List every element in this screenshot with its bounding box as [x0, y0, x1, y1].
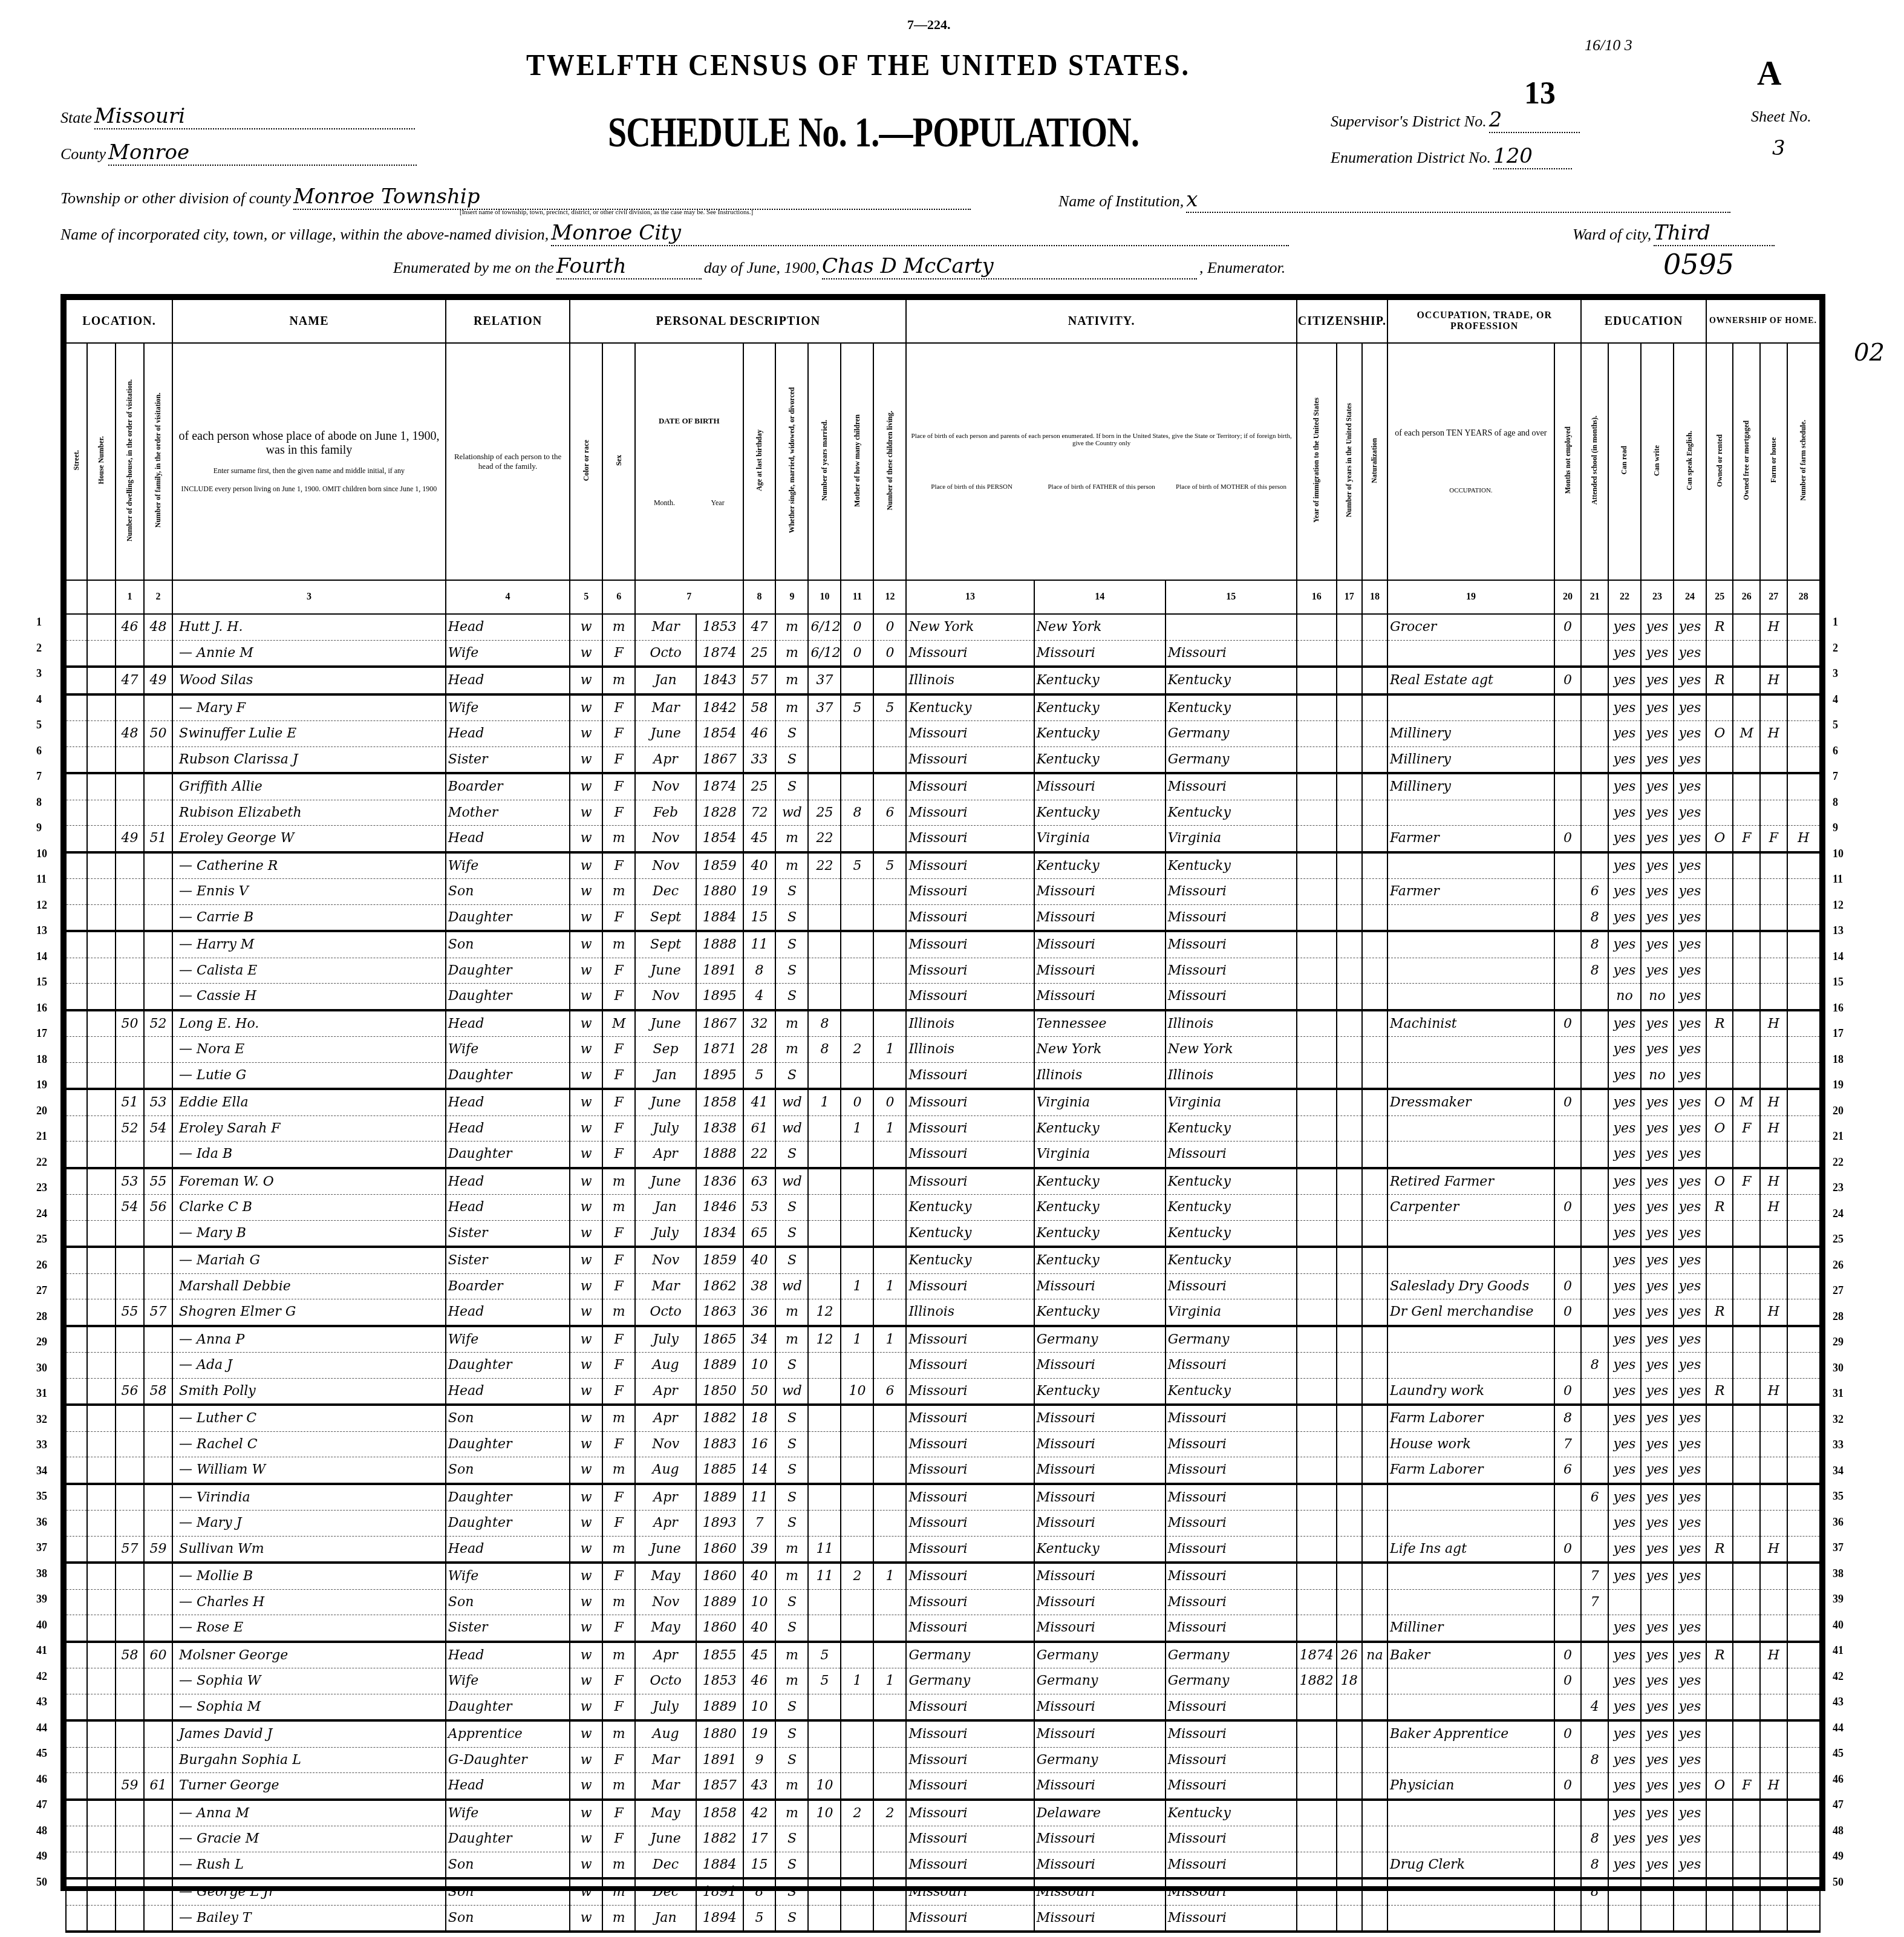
cell-dw — [116, 1563, 144, 1589]
cell-rel: Sister — [446, 746, 570, 773]
cell-yus — [1337, 984, 1362, 1010]
table-row: 5961Turner GeorgeHeadwmMar185743m10Misso… — [66, 1773, 1820, 1800]
cell-color: w — [570, 1010, 602, 1037]
cell-fam — [144, 746, 172, 773]
cell-house — [87, 694, 116, 721]
cell-sex: F — [602, 1220, 635, 1247]
cell-month: Sept — [635, 904, 696, 931]
cell-house — [87, 1642, 116, 1668]
cell-read: yes — [1608, 1563, 1641, 1589]
cell-read: yes — [1608, 800, 1641, 826]
cell-ch: 5 — [841, 852, 873, 879]
cell-name: Marshall Debbie — [172, 1273, 446, 1299]
cell-imm — [1297, 1431, 1337, 1457]
cell-fam — [144, 984, 172, 1010]
cell-liv — [873, 1905, 906, 1932]
cell-ch — [841, 1615, 873, 1642]
cell-mu — [1554, 1247, 1582, 1273]
line-number-left: 48 — [36, 1824, 47, 1837]
cell-eng: yes — [1674, 1010, 1706, 1037]
cell-sch: 8 — [1581, 1878, 1608, 1905]
cell-name: — Mary F — [172, 694, 446, 721]
cell-street — [66, 694, 87, 721]
cell-own — [1706, 1852, 1733, 1878]
cell-imm — [1297, 1905, 1337, 1932]
cell-mar: m — [775, 640, 808, 667]
cell-house — [87, 1220, 116, 1247]
cell-mar: S — [775, 1694, 808, 1720]
table-row: 5557Shogren Elmer GHeadwmOcto186336m12Il… — [66, 1299, 1820, 1326]
cell-mpob: Missouri — [1166, 1773, 1297, 1800]
cell-dw — [116, 1852, 144, 1878]
cell-year: 1857 — [696, 1773, 743, 1800]
cell-mpob: Kentucky — [1166, 1800, 1297, 1826]
cell-pob: Missouri — [906, 1405, 1034, 1431]
cell-mar: S — [775, 1878, 808, 1905]
cell-nat — [1362, 694, 1387, 721]
line-number-right: 16 — [1833, 1002, 1844, 1014]
cell-year: 1855 — [696, 1642, 743, 1668]
cell-fm — [1733, 1431, 1760, 1457]
cell-ym: 10 — [808, 1800, 841, 1826]
cell-own: R — [1706, 1536, 1733, 1563]
cell-mu: 0 — [1554, 1089, 1582, 1115]
cell-street — [66, 1484, 87, 1511]
cell-fam — [144, 773, 172, 800]
cell-read: yes — [1608, 721, 1641, 747]
cell-fpob: Missouri — [1034, 1273, 1166, 1299]
cell-fpob: Kentucky — [1034, 746, 1166, 773]
line-number-right: 11 — [1833, 873, 1843, 886]
cell-fm — [1733, 1800, 1760, 1826]
cell-year: 1891 — [696, 1747, 743, 1773]
column-number-1: 1 — [116, 580, 144, 614]
cell-occ — [1387, 1247, 1554, 1273]
cell-ch — [841, 984, 873, 1010]
cell-mar: m — [775, 1037, 808, 1063]
cell-color: w — [570, 1563, 602, 1589]
cell-fpob: Kentucky — [1034, 1115, 1166, 1142]
cell-fam — [144, 1589, 172, 1615]
cell-occ — [1387, 694, 1554, 721]
cell-mar: S — [775, 1720, 808, 1747]
cell-own: R — [1706, 614, 1733, 640]
cell-mpob: Missouri — [1166, 1878, 1297, 1905]
cell-ch — [841, 904, 873, 931]
cell-fh — [1760, 1615, 1787, 1642]
column-number-6: 6 — [602, 580, 635, 614]
cell-street — [66, 1563, 87, 1589]
cell-ym — [808, 1878, 841, 1905]
cell-yus — [1337, 1694, 1362, 1720]
cell-eng — [1674, 1589, 1706, 1615]
cell-ym — [808, 1852, 841, 1878]
cell-rel: Sister — [446, 1220, 570, 1247]
cell-street — [66, 1353, 87, 1379]
cell-fs — [1787, 1800, 1820, 1826]
cell-name: Eroley Sarah F — [172, 1115, 446, 1142]
cell-mar: S — [775, 879, 808, 905]
cell-write — [1641, 1589, 1674, 1615]
cell-street — [66, 1852, 87, 1878]
cell-read — [1608, 1905, 1641, 1932]
cell-pob: Missouri — [906, 773, 1034, 800]
cell-mu — [1554, 1615, 1582, 1642]
cell-fam: 53 — [144, 1089, 172, 1115]
cell-month: July — [635, 1220, 696, 1247]
cell-fh — [1760, 1668, 1787, 1694]
cell-fs — [1787, 931, 1820, 958]
cell-house — [87, 1905, 116, 1932]
cell-house — [87, 1115, 116, 1142]
cell-occ — [1387, 1115, 1554, 1142]
cell-mar: m — [775, 1010, 808, 1037]
cell-sex: F — [602, 1747, 635, 1773]
cell-mpob: Missouri — [1166, 1615, 1297, 1642]
col-mother-of: Mother of how many children — [841, 343, 873, 580]
cell-read: yes — [1608, 694, 1641, 721]
cell-fh — [1760, 1142, 1787, 1168]
line-number-right: 12 — [1833, 899, 1844, 912]
cell-age: 61 — [743, 1115, 776, 1142]
cell-mpob: Germany — [1166, 1326, 1297, 1353]
cell-read: yes — [1608, 1168, 1641, 1195]
column-number-18: 18 — [1362, 580, 1387, 614]
cell-month: Mar — [635, 614, 696, 640]
table-row: — Lutie GDaughterwFJan18955SMissouriIlli… — [66, 1062, 1820, 1089]
table-row: — Rush LSonwmDec188415SMissouriMissouriM… — [66, 1852, 1820, 1878]
cell-sch: 8 — [1581, 1852, 1608, 1878]
cell-year: 1853 — [696, 1668, 743, 1694]
cell-fm — [1733, 1273, 1760, 1299]
line-number-right: 4 — [1833, 693, 1838, 706]
cell-street — [66, 640, 87, 667]
cell-pob: Illinois — [906, 1037, 1034, 1063]
cell-write: yes — [1641, 1220, 1674, 1247]
cell-ym — [808, 1195, 841, 1221]
cell-imm — [1297, 1615, 1337, 1642]
cell-eng: yes — [1674, 1378, 1706, 1405]
line-number-left: 32 — [36, 1413, 47, 1426]
cell-read: yes — [1608, 1484, 1641, 1511]
cell-ch — [841, 958, 873, 984]
cell-fm — [1733, 1457, 1760, 1484]
cell-name: — Mary B — [172, 1220, 446, 1247]
township-field: Township or other division of county Mon… — [60, 185, 971, 210]
cell-age: 25 — [743, 640, 776, 667]
cell-own — [1706, 1062, 1733, 1089]
cell-pob: Missouri — [906, 1378, 1034, 1405]
cell-mu: 0 — [1554, 1010, 1582, 1037]
cell-fpob: Missouri — [1034, 1431, 1166, 1457]
cell-mu — [1554, 1800, 1582, 1826]
cell-pob: Kentucky — [906, 1195, 1034, 1221]
cell-fh — [1760, 1457, 1787, 1484]
cell-mar: wd — [775, 800, 808, 826]
cell-sex: F — [602, 1247, 635, 1273]
cell-fs — [1787, 1826, 1820, 1852]
column-number-13: 13 — [906, 580, 1034, 614]
cell-color: w — [570, 1536, 602, 1563]
line-number-left: 14 — [36, 950, 47, 963]
cell-dw: 56 — [116, 1378, 144, 1405]
cell-liv: 1 — [873, 1668, 906, 1694]
cell-dw — [116, 1326, 144, 1353]
cell-rel: Boarder — [446, 1273, 570, 1299]
cell-name: — Rose E — [172, 1615, 446, 1642]
table-row: — Gracie MDaughterwFJune188217SMissouriM… — [66, 1826, 1820, 1852]
column-number-blank — [87, 580, 116, 614]
cell-month: July — [635, 1115, 696, 1142]
cell-year: 1889 — [696, 1694, 743, 1720]
cell-street — [66, 800, 87, 826]
cell-read: yes — [1608, 1273, 1641, 1299]
table-row: — Catherine RWifewFNov185940m2255Missour… — [66, 852, 1820, 879]
line-number-left: 29 — [36, 1336, 47, 1348]
cell-ym: 12 — [808, 1299, 841, 1326]
cell-yus — [1337, 1720, 1362, 1747]
cell-yus — [1337, 1905, 1362, 1932]
cell-read: yes — [1608, 1353, 1641, 1379]
cell-mar: wd — [775, 1115, 808, 1142]
cell-name: Griffith Allie — [172, 773, 446, 800]
cell-year: 1893 — [696, 1511, 743, 1537]
cell-ym — [808, 1720, 841, 1747]
cell-nat — [1362, 1247, 1387, 1273]
cell-eng: yes — [1674, 1115, 1706, 1142]
cell-own — [1706, 852, 1733, 879]
cell-age: 33 — [743, 746, 776, 773]
cell-sex: F — [602, 1694, 635, 1720]
cell-mpob: Germany — [1166, 1668, 1297, 1694]
line-number-right: 18 — [1833, 1053, 1844, 1066]
cell-month: Mar — [635, 1747, 696, 1773]
cell-dw — [116, 1431, 144, 1457]
cell-ch — [841, 826, 873, 852]
cell-yus — [1337, 1773, 1362, 1800]
cell-month: Aug — [635, 1457, 696, 1484]
cell-fh — [1760, 1353, 1787, 1379]
cell-year: 1860 — [696, 1563, 743, 1589]
cell-fpob: Germany — [1034, 1747, 1166, 1773]
cell-ch: 1 — [841, 1115, 873, 1142]
line-number-left: 6 — [36, 745, 42, 757]
cell-month: Mar — [635, 694, 696, 721]
cell-mu — [1554, 1037, 1582, 1063]
cell-fpob: Missouri — [1034, 1353, 1166, 1379]
cell-pob: Missouri — [906, 1168, 1034, 1195]
cell-age: 9 — [743, 1747, 776, 1773]
cell-mpob: Illinois — [1166, 1062, 1297, 1089]
cell-name: — Rush L — [172, 1852, 446, 1878]
table-row: 5254Eroley Sarah FHeadwFJuly183861wd11Mi… — [66, 1115, 1820, 1142]
line-number-left: 22 — [36, 1156, 47, 1169]
cell-read: yes — [1608, 1089, 1641, 1115]
cell-read: yes — [1608, 1747, 1641, 1773]
cell-house — [87, 1405, 116, 1431]
cell-imm — [1297, 1747, 1337, 1773]
line-number-left: 28 — [36, 1310, 47, 1323]
cell-write: yes — [1641, 1642, 1674, 1668]
line-number-left: 12 — [36, 899, 47, 912]
cell-dw — [116, 1247, 144, 1273]
cell-sex: F — [602, 1826, 635, 1852]
supervisor-value: 2 — [1489, 108, 1580, 133]
cell-own — [1706, 1905, 1733, 1932]
cell-dw — [116, 1747, 144, 1773]
cell-nat — [1362, 640, 1387, 667]
cell-age: 5 — [743, 1905, 776, 1932]
cell-fam — [144, 1431, 172, 1457]
cell-sch: 4 — [1581, 1694, 1608, 1720]
cell-sex: F — [602, 1353, 635, 1379]
cell-mpob: Missouri — [1166, 984, 1297, 1010]
cell-sex: m — [602, 1457, 635, 1484]
cell-liv — [873, 1852, 906, 1878]
cell-ch: 2 — [841, 1037, 873, 1063]
cell-read: yes — [1608, 826, 1641, 852]
cell-ym — [808, 1353, 841, 1379]
cell-fam: 52 — [144, 1010, 172, 1037]
cell-occ: Grocer — [1387, 614, 1554, 640]
cell-fam — [144, 1273, 172, 1299]
cell-pob: Missouri — [906, 1878, 1034, 1905]
cell-write: yes — [1641, 614, 1674, 640]
cell-read: yes — [1608, 1405, 1641, 1431]
cell-pob: Missouri — [906, 1457, 1034, 1484]
cell-fm: F — [1733, 826, 1760, 852]
cell-ym — [808, 773, 841, 800]
cell-fh — [1760, 1220, 1787, 1247]
cell-fm: F — [1733, 1115, 1760, 1142]
cell-nat — [1362, 1852, 1387, 1878]
line-number-right: 23 — [1833, 1181, 1844, 1194]
line-number-left: 27 — [36, 1284, 47, 1297]
cell-month: Octo — [635, 640, 696, 667]
cell-dw — [116, 746, 144, 773]
cell-write: yes — [1641, 904, 1674, 931]
cell-own — [1706, 1589, 1733, 1615]
cell-fh — [1760, 1431, 1787, 1457]
cell-mu: 0 — [1554, 826, 1582, 852]
cell-yus — [1337, 904, 1362, 931]
cell-name: — Catherine R — [172, 852, 446, 879]
cell-imm — [1297, 1273, 1337, 1299]
cell-mu — [1554, 1168, 1582, 1195]
cell-fpob: New York — [1034, 1037, 1166, 1063]
cell-yus — [1337, 1589, 1362, 1615]
cell-ym: 25 — [808, 800, 841, 826]
cell-sex: m — [602, 667, 635, 694]
cell-eng: yes — [1674, 1826, 1706, 1852]
cell-write: yes — [1641, 721, 1674, 747]
cell-fs — [1787, 1878, 1820, 1905]
cell-mar: S — [775, 904, 808, 931]
cell-sex: m — [602, 1720, 635, 1747]
cell-imm — [1297, 931, 1337, 958]
cell-age: 4 — [743, 984, 776, 1010]
cell-mu: 0 — [1554, 1642, 1582, 1668]
cell-liv — [873, 773, 906, 800]
cell-pob: Missouri — [906, 1905, 1034, 1932]
cell-dw: 46 — [116, 614, 144, 640]
cell-own: O — [1706, 826, 1733, 852]
cell-mar: S — [775, 1905, 808, 1932]
cell-fpob: Missouri — [1034, 1852, 1166, 1878]
line-number-left: 42 — [36, 1670, 47, 1683]
cell-mu — [1554, 1852, 1582, 1878]
cell-year: 1880 — [696, 1720, 743, 1747]
table-row: — Ida BDaughterwFApr188822SMissouriVirgi… — [66, 1142, 1820, 1168]
cell-write: yes — [1641, 879, 1674, 905]
cell-own: O — [1706, 1115, 1733, 1142]
line-number-right: 34 — [1833, 1465, 1844, 1477]
cell-write: yes — [1641, 1142, 1674, 1168]
cell-liv — [873, 1694, 906, 1720]
cell-sch: 7 — [1581, 1589, 1608, 1615]
cell-write: yes — [1641, 694, 1674, 721]
cell-ch — [841, 879, 873, 905]
cell-sex: F — [602, 1563, 635, 1589]
cell-rel: Daughter — [446, 904, 570, 931]
cell-occ — [1387, 1694, 1554, 1720]
cell-house — [87, 1484, 116, 1511]
cell-mu: 0 — [1554, 1299, 1582, 1326]
cell-mar: wd — [775, 1273, 808, 1299]
cell-own — [1706, 879, 1733, 905]
line-number-left: 17 — [36, 1027, 47, 1040]
cell-month: Jan — [635, 667, 696, 694]
line-number-right: 48 — [1833, 1824, 1844, 1837]
cell-fs — [1787, 1536, 1820, 1563]
cell-rel: Daughter — [446, 984, 570, 1010]
cell-street — [66, 879, 87, 905]
cell-fpob: Missouri — [1034, 1615, 1166, 1642]
cell-eng — [1674, 1878, 1706, 1905]
cell-ch — [841, 1484, 873, 1511]
cell-ch: 1 — [841, 1326, 873, 1353]
cell-imm — [1297, 1378, 1337, 1405]
cell-yus — [1337, 958, 1362, 984]
line-number-right: 47 — [1833, 1798, 1844, 1811]
cell-month: May — [635, 1615, 696, 1642]
cell-year: 1858 — [696, 1800, 743, 1826]
col-farm-house: Farm or house — [1760, 343, 1787, 580]
cell-fs — [1787, 640, 1820, 667]
cell-fh — [1760, 800, 1787, 826]
enumeration-value: 120 — [1493, 144, 1572, 169]
cell-ym: 12 — [808, 1326, 841, 1353]
cell-rel: Head — [446, 1773, 570, 1800]
cell-year: 1862 — [696, 1273, 743, 1299]
line-number-right: 22 — [1833, 1156, 1844, 1169]
cell-dw — [116, 852, 144, 879]
cell-eng: yes — [1674, 1720, 1706, 1747]
cell-age: 10 — [743, 1589, 776, 1615]
cell-nat — [1362, 958, 1387, 984]
cell-imm — [1297, 1852, 1337, 1878]
cell-read: yes — [1608, 773, 1641, 800]
line-number-left: 1 — [36, 616, 42, 629]
cell-pob: Missouri — [906, 1747, 1034, 1773]
cell-year: 1854 — [696, 721, 743, 747]
cell-mu — [1554, 852, 1582, 879]
cell-liv — [873, 1773, 906, 1800]
cell-ym — [808, 1220, 841, 1247]
line-number-left: 37 — [36, 1541, 47, 1554]
cell-color: w — [570, 1720, 602, 1747]
cell-mu — [1554, 1589, 1582, 1615]
